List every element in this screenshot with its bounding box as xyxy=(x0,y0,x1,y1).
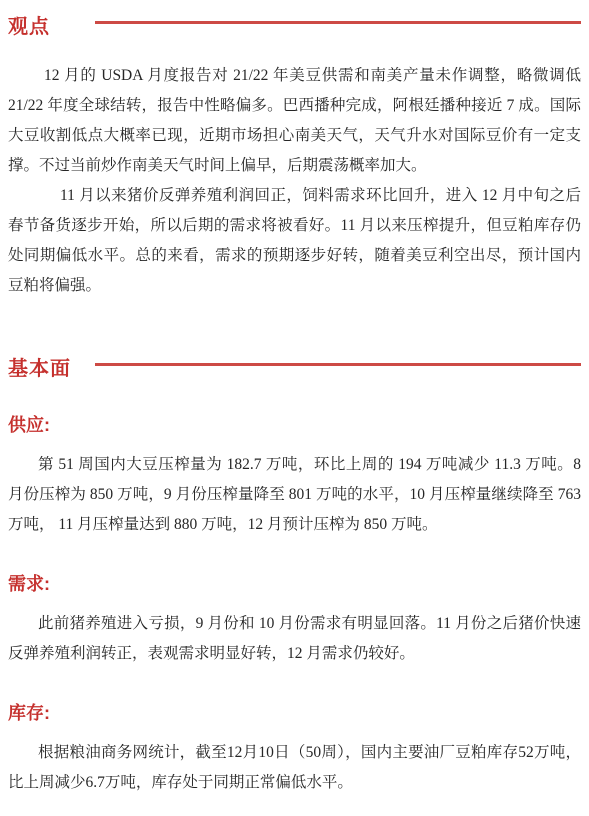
section-rule xyxy=(95,21,581,24)
section-rule xyxy=(95,363,581,366)
inventory-paragraph: 根据粮油商务网统计，截至12月10日（50周），国内主要油厂豆粕库存52万吨，比… xyxy=(8,738,581,798)
section-header-fundamentals: 基本面 xyxy=(8,357,581,381)
supply-paragraph: 第 51 周国内大豆压榨量为 182.7 万吨，环比上周的 194 万吨减少 1… xyxy=(8,450,581,540)
subsection-title-supply: 供应: xyxy=(8,413,581,437)
section-header-viewpoint: 观点 xyxy=(8,15,581,39)
viewpoint-paragraph-1: 12 月的 USDA 月度报告对 21/22 年美豆供需和南美产量未作调整，略微… xyxy=(8,61,581,181)
section-title-viewpoint: 观点 xyxy=(8,15,95,39)
section-title-fundamentals: 基本面 xyxy=(8,357,95,381)
viewpoint-body: 12 月的 USDA 月度报告对 21/22 年美豆供需和南美产量未作调整，略微… xyxy=(8,61,581,301)
demand-paragraph: 此前猪养殖进入亏损，9 月份和 10 月份需求有明显回落。11 月份之后猪价快速… xyxy=(8,609,581,669)
subsection-title-inventory: 库存: xyxy=(8,701,581,725)
subsection-title-demand: 需求: xyxy=(8,572,581,596)
viewpoint-paragraph-2: 11 月以来猪价反弹养殖利润回正，饲料需求环比回升，进入 12 月中旬之后春节备… xyxy=(8,181,581,301)
